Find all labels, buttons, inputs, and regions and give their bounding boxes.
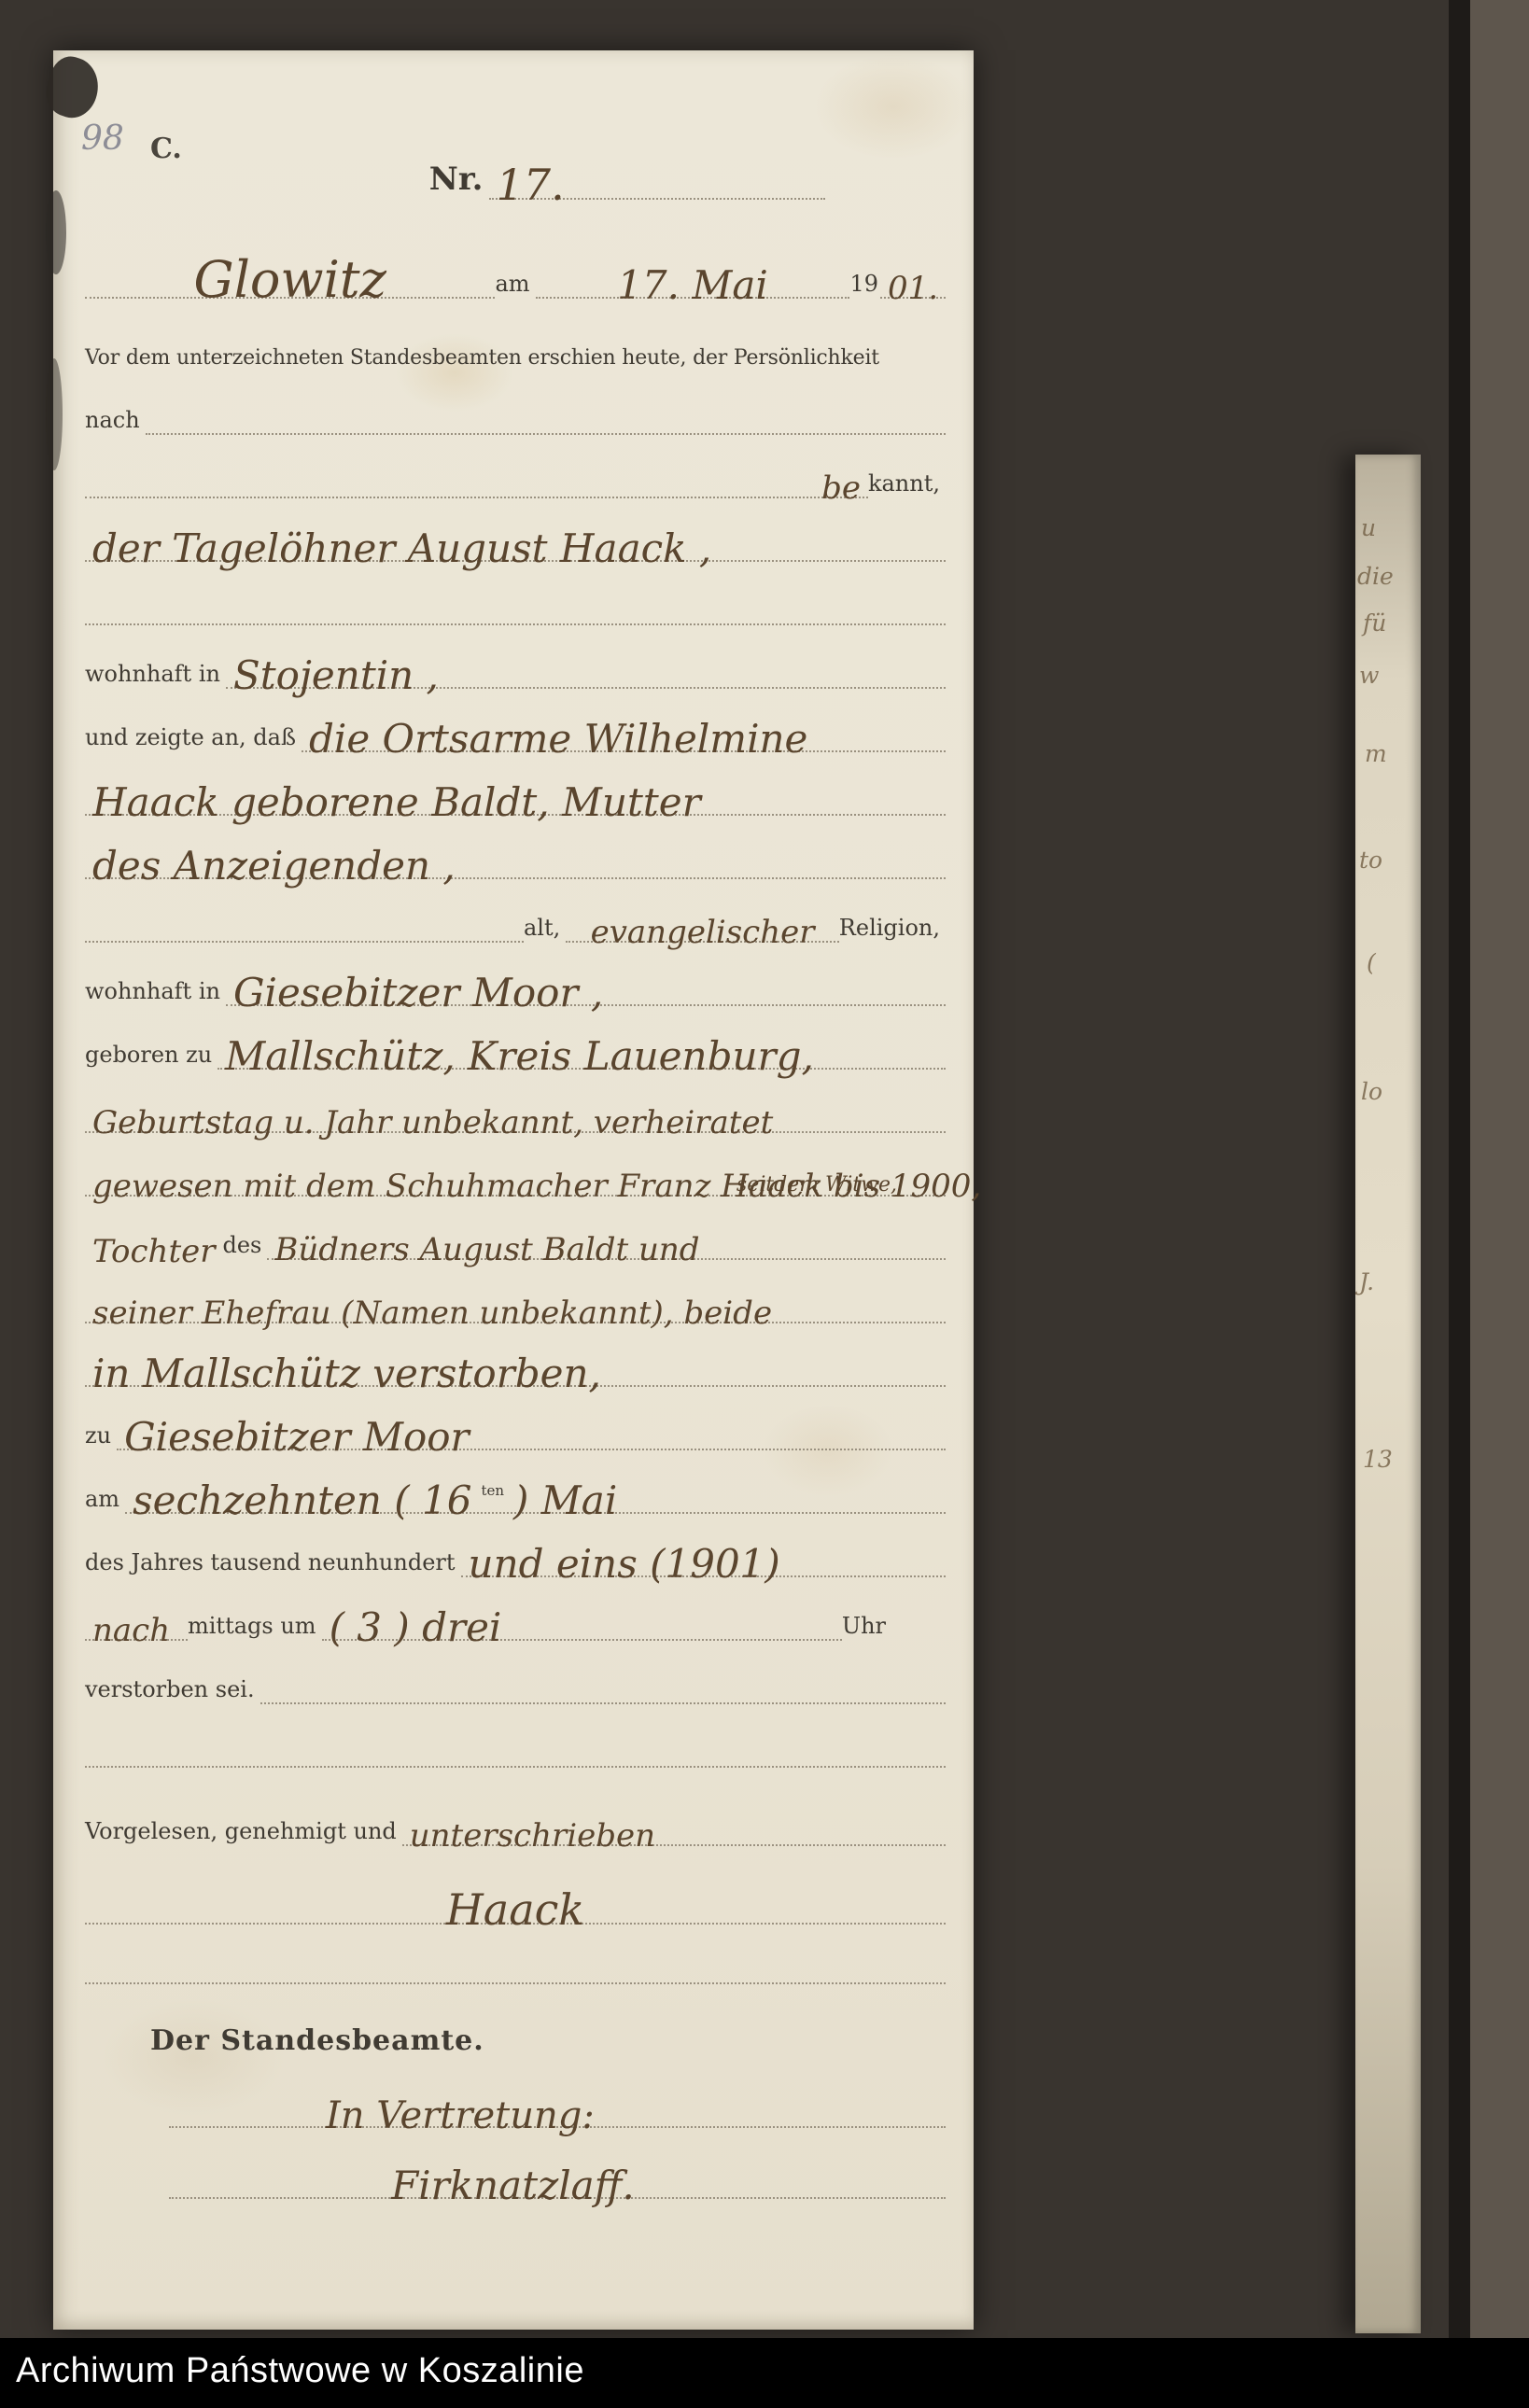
line-deceased-2: Haack geborene Baldt, Mutter [85,752,946,816]
line-vorgelesen: Vorgelesen, genehmigt und unterschrieben [85,1783,946,1846]
place-date-line: Glowitz am 17. Mai 19 01. [85,205,946,299]
signature-field: Firknatzlaff. [169,2168,946,2199]
religion-field: evangelischer [566,918,839,943]
nr-label: Nr. [429,161,489,200]
line-death-day: am sechzehnten ( 16 ten ) Mai [85,1450,946,1514]
parents-field: in Mallschütz verstorben, [85,1356,946,1387]
line-empty [85,1704,946,1768]
line-verstorben: verstorben sei. [85,1641,946,1704]
edge-text-fragment: lo [1361,1078,1382,1105]
ten-superscript-label: ten [479,1482,506,1499]
line-birthplace: geboren zu Mallschütz, Kreis Lauenburg, [85,1006,946,1070]
vorgelesen-label: Vorgelesen, genehmigt und [85,1818,402,1846]
edge-text-fragment: die [1357,563,1394,590]
jahr-label: des Jahres tausend neunhundert [85,1549,461,1577]
deceased-field: die Ortsarme Wilhelmine [302,721,946,752]
page-damage-mark [39,51,105,124]
alt-label: alt, [524,915,566,943]
blank-field [85,1982,946,1984]
time-field: ( 3 ) drei [322,1610,842,1641]
residence-field: Giesebitzer Moor , [226,975,946,1006]
line-informant: der Tagelöhner August Haack , [85,498,946,562]
wohnhaft-label: wohnhaft in [85,661,226,689]
zu-label: zu [85,1422,117,1450]
edge-text-fragment: 13 [1363,1446,1393,1473]
kannt-label: kannt, [868,470,946,498]
archive-caption: Archiwum Państwowe w Koszalinie [16,2351,584,2391]
document-page: 98 C. Nr. 17. Glowitz am 17. Mai 19 01. [53,50,974,2330]
line-official-signature: Firknatzlaff. [85,2128,946,2199]
deceased-field: Haack geborene Baldt, Mutter [85,785,946,816]
time-prefix-field: nach [85,1617,188,1641]
zeigte-label: und zeigte an, daß [85,724,302,752]
scan-background: u die fü w m to ( lo J. 13 98 C. Nr. 17.… [0,0,1529,2408]
line-zeigte-an: und zeigte an, daß die Ortsarme Wilhelmi… [85,689,946,752]
mittags-label: mittags um [188,1613,322,1641]
deceased-field: des Anzeigenden , [85,848,946,879]
wohnhaft-label: wohnhaft in [85,978,226,1006]
am-label: am [85,1486,125,1514]
line-residence-informant: wohnhaft in Stojentin , [85,625,946,689]
edge-text-fragment: to [1359,847,1382,874]
year-field: 01. [880,274,946,299]
line-parents-2: seiner Ehefrau (Namen unbekannt), beide [85,1260,946,1323]
vertretung-field: In Vertretung: [169,2099,946,2128]
death-place-field: Giesebitzer Moor [117,1420,946,1450]
line-parents-1: Tochter des Büdners August Baldt und [85,1197,946,1260]
religion-label: Religion, [839,915,946,943]
signature-field: Haack [85,1891,946,1925]
verstorben-label: verstorben sei. [85,1676,260,1704]
informant-field: der Tagelöhner August Haack , [85,531,946,562]
book-cover-edge [1470,0,1529,2338]
line-age-religion: alt, evangelischer Religion, [85,879,946,943]
edge-text-fragment: J. [1359,1268,1374,1295]
line-vertretung: In Vertretung: [85,2059,946,2128]
archive-caption-bar: Archiwum Państwowe w Koszalinie [0,2338,1529,2408]
blank-field: be [85,474,868,498]
place-field: Glowitz [85,258,495,299]
edge-text-fragment: w [1359,662,1379,689]
am-label: am [495,271,535,299]
line-residence-deceased: wohnhaft in Giesebitzer Moor , [85,943,946,1006]
witwe-interline-note: seitdem Witwe, [729,1176,905,1195]
date-handwritten: 17. Mai [610,268,776,303]
birthplace-field: Mallschütz, Kreis Lauenburg, [217,1039,946,1070]
year-handwritten: 01. [880,274,946,303]
parents-field: seiner Ehefrau (Namen unbekannt), beide [85,1299,946,1323]
place-handwritten: Glowitz [186,258,394,303]
intro-line: Vor dem unterzeichneten Standesbeamten e… [85,319,946,371]
nr-field: 17. [489,166,825,200]
official-signature: Firknatzlaff. [384,2168,642,2204]
line-parents-3: in Mallschütz verstorben, [85,1323,946,1387]
edge-text-fragment: fü [1363,609,1386,637]
edge-text-fragment: ( [1367,949,1376,976]
blank-field [85,1766,946,1768]
uhr-label: Uhr [842,1613,891,1641]
record-number-line: Nr. 17. [429,140,825,200]
line-standesbeamte: Der Standesbeamte. [85,2018,946,2059]
informant-signature: Haack [439,1891,593,1929]
next-page-edge: u die fü w m to ( lo J. 13 [1355,455,1421,2333]
geboren-label: geboren zu [85,1042,217,1070]
nr-value-handwritten: 17. [489,166,572,204]
intro-printed-text: Vor dem unterzeichneten Standesbeamten e… [85,346,885,371]
line-nach: nach [85,371,946,435]
death-day-field: sechzehnten ( 16 ten ) Mai [125,1482,946,1514]
edge-text-fragment: m [1365,740,1387,767]
line-informant-signature: Haack [85,1846,946,1925]
form-content: Nr. 17. Glowitz am 17. Mai 19 01. [53,140,974,2199]
line-empty [85,1925,946,1984]
line-birth-3: gewesen mit dem Schuhmacher Franz Haack … [85,1133,946,1197]
line-birth-2: Geburtstag u. Jahr unbekannt, verheirate… [85,1070,946,1133]
book-spine-seam [1449,0,1470,2338]
standesbeamte-label: Der Standesbeamte. [150,2024,490,2059]
line-death-year: des Jahres tausend neunhundert und eins … [85,1514,946,1577]
unterschrieben-field: unterschrieben [402,1822,946,1846]
year-printed-prefix: 19 [849,271,880,299]
residence-field: Stojentin , [226,658,946,689]
birth-field: Geburtstag u. Jahr unbekannt, verheirate… [85,1109,946,1133]
line-death-place: zu Giesebitzer Moor [85,1387,946,1450]
line-deceased-3: des Anzeigenden , [85,816,946,879]
nach-label: nach [85,407,146,435]
date-field: 17. Mai [536,268,850,299]
edge-text-fragment: u [1361,514,1376,541]
line-empty [85,562,946,625]
death-year-field: und eins (1901) [461,1547,946,1577]
des-label: des [222,1232,267,1260]
line-death-time: nach mittags um ( 3 ) drei Uhr [85,1577,946,1641]
line-bekannt: be kannt, [85,435,946,498]
parents-field: Büdners August Baldt und [267,1236,946,1260]
